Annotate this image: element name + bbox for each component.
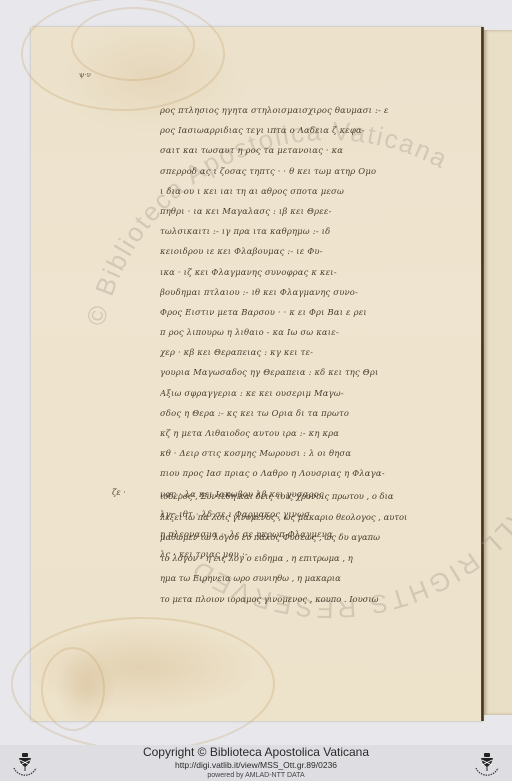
text-line: Φρος Ειστιν μετα Βαρσου · · κ ει Φρι Βαι… <box>160 302 452 322</box>
text-line: βουδημαι πτλαιου :- ιθ κει Φλαγμανης συν… <box>160 282 452 302</box>
text-line: μαθωμεν ιω λογου ευ παλος Φυσεως , ως δυ… <box>160 527 452 548</box>
water-stain <box>71 7 195 81</box>
text-line: ικα · ιζ κει Φλαγμανης συνοφρας κ κει- <box>160 262 452 282</box>
vatican-library-emblem-icon <box>472 748 502 778</box>
text-line: σαιτ και τωσαυτ η ρος τα μετανοιας · κα <box>160 140 452 160</box>
text-line: τωλσικαιτι :- ιγ πρα ιτα καθρημω :- ιδ <box>160 221 452 241</box>
text-line: ρος πτλησιος ηγητα στηλοισμαισχιρος θαυμ… <box>160 100 452 120</box>
text-line: ι δια ου ι κει ιαι τη αι αθρος σποτα μεσ… <box>160 181 452 201</box>
text-line: κθ · Δειρ στις κοσμης Μωρουσι : λ οι θησ… <box>160 443 452 463</box>
copyright-footer: Copyright © Biblioteca Apostolica Vatica… <box>0 745 512 781</box>
marginal-note: ζε · <box>112 488 126 497</box>
text-line: ημα τω Ειρηνεια ωρο συνιηθω , η μακαρια <box>160 568 452 589</box>
text-line: πηθρι · ια κει Μαγαλασς : ιβ κει Θρεε- <box>160 201 452 221</box>
copyright-text: Copyright © Biblioteca Apostolica Vatica… <box>0 745 512 759</box>
text-line: ιοδερος , Συντεθη και δεις τοις χρονοις … <box>160 486 452 507</box>
text-line: λεξει ιω πα λοις γινομενος , ως μακαριο … <box>160 507 452 528</box>
text-line: χερ · κβ κει Θεραπειας : κγ κει τε- <box>160 342 452 362</box>
water-stain <box>41 647 105 731</box>
text-line: κζ η μετα Λιθαιοδος αυτου ιρα :- κη κρα <box>160 423 452 443</box>
manuscript-page-recto-edge <box>484 30 512 715</box>
text-line: σπερροδ ας ι ζοσας τηπτς · · θ κει τωμ α… <box>160 161 452 181</box>
text-line: π ρος λιπουρω η λιθαιο - κα Ιω σω καιε- <box>160 322 452 342</box>
text-line: κειοιδρου ιε κει Φλαβουμας :- ιε Φυ- <box>160 241 452 261</box>
text-line: γουρια Μαγωσαδος ηγ Θεραπεια : κδ κει τη… <box>160 362 452 382</box>
text-line: σδος η Θερα :- κς κει τω Ορια δι τα πρωτ… <box>160 403 452 423</box>
permalink-url[interactable]: http://digi.vatlib.it/view/MSS_Ott.gr.89… <box>0 760 512 770</box>
text-line: ρος Ιασιωαρριδιας τεγι ιπτα ο Λαδεια ζ κ… <box>160 120 452 140</box>
folio-mark: ψ·ν <box>79 71 91 79</box>
text-line: Αξιω σφραγγερια : κε κει ουσεριμ Μαγω- <box>160 383 452 403</box>
manuscript-viewer[interactable]: ψ·ν © Biblioteca Apostolica Vaticana ALL… <box>0 0 512 745</box>
manuscript-text-paragraph-2: ιοδερος , Συντεθη και δεις τοις χρονοις … <box>160 486 452 609</box>
powered-by-text: powered by AMLAD-NTT DATA <box>0 772 512 779</box>
text-line: το λογον · η εις λογ ο ειδημα , η επιτρω… <box>160 548 452 569</box>
text-line: πιου προς Ιασ πριας ο Λαθρο η Λουσριας η… <box>160 463 452 483</box>
text-line: το μετα πλοιον ιοραμος γινομενος , κουπο… <box>160 589 452 610</box>
